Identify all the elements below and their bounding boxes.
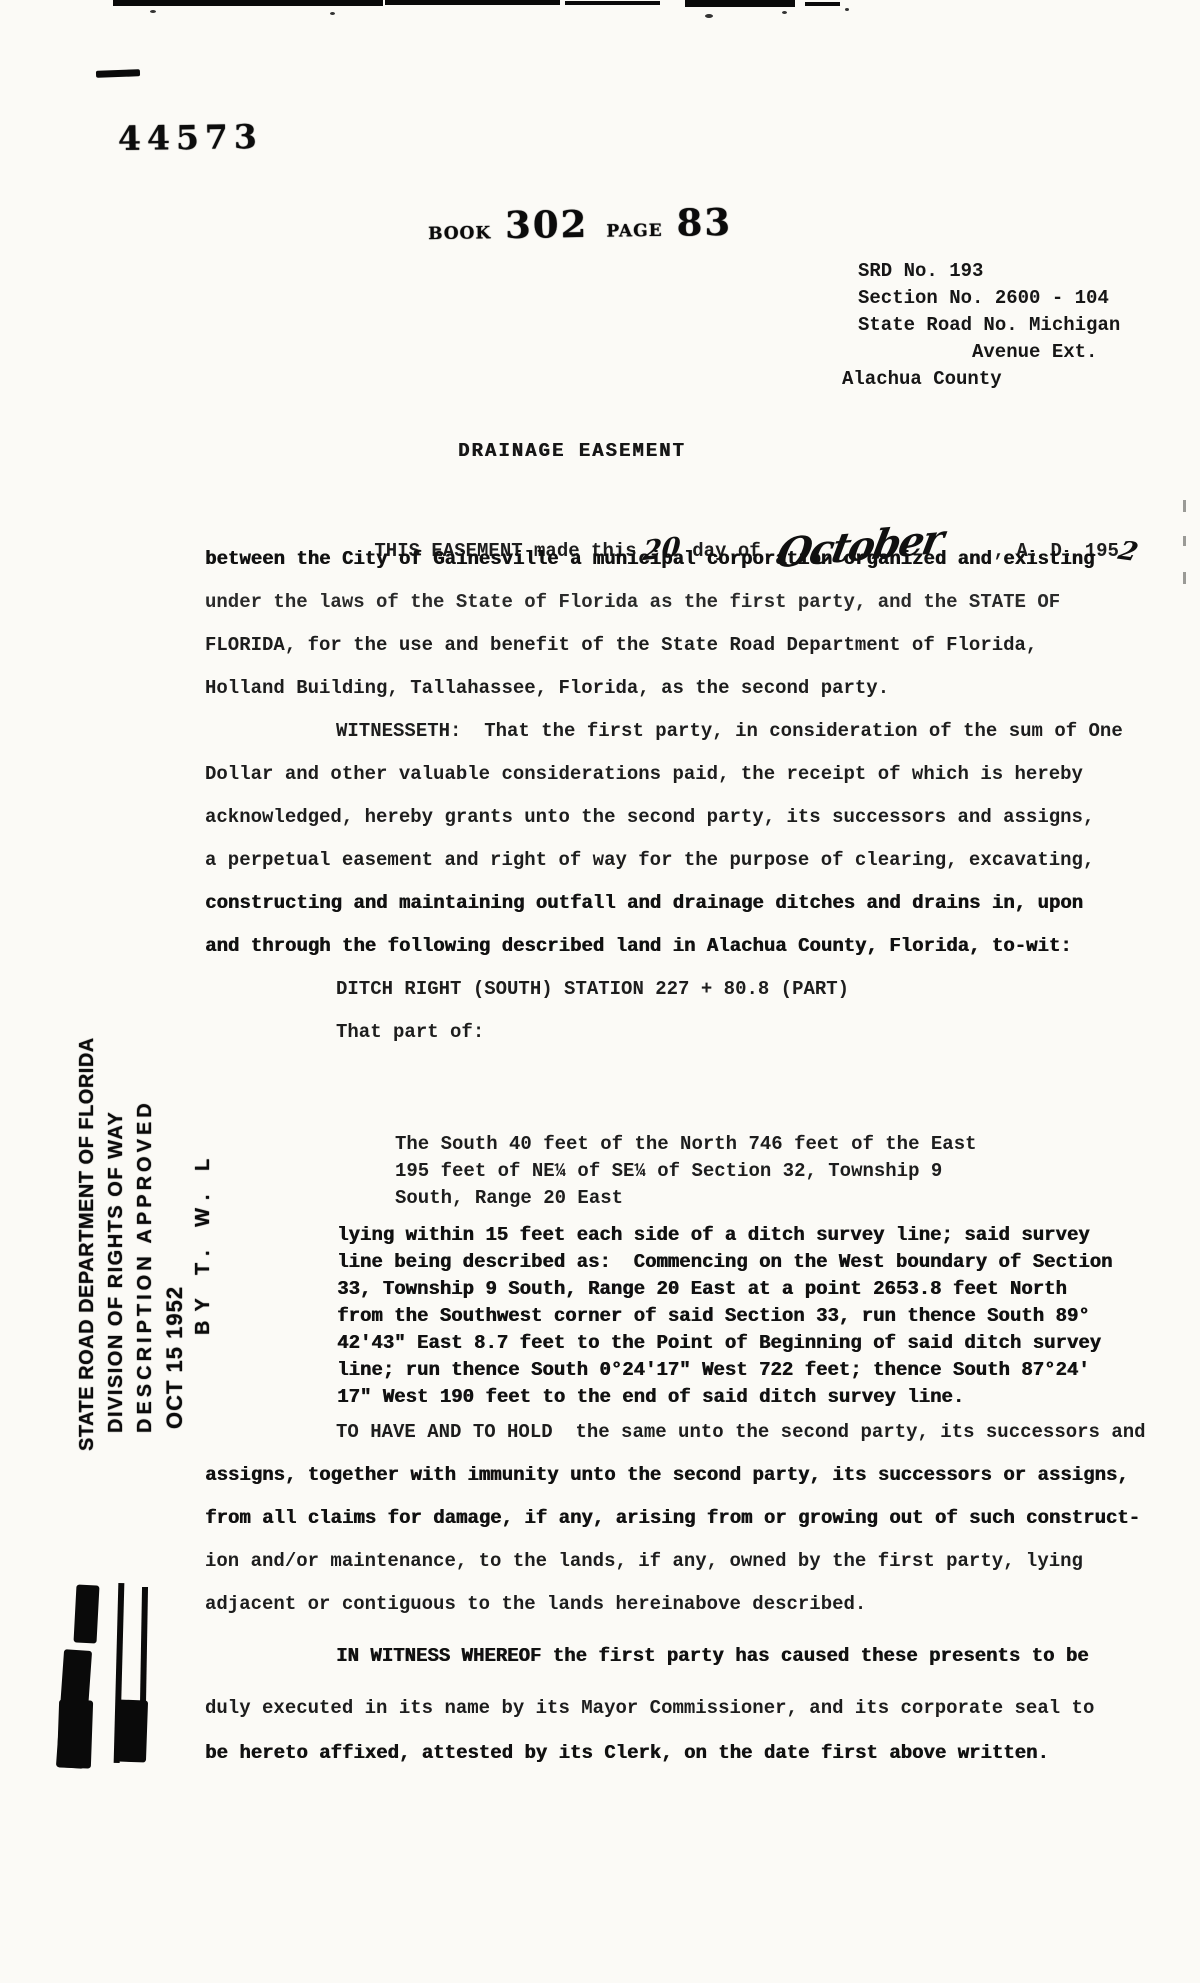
scan-edge-tick — [1183, 536, 1186, 546]
description-line: from the Southwest corner of said Sectio… — [337, 1305, 1090, 1327]
scan-artifact-top-bar — [805, 2, 840, 6]
page-label: PAGE — [606, 221, 662, 242]
scan-artifact-top-bar — [685, 0, 795, 7]
description-line: 42'43" East 8.7 feet to the Point of Beg… — [337, 1332, 1101, 1354]
scan-edge-tick — [1183, 572, 1186, 584]
stamp-initials: BY T. W. L — [189, 1055, 218, 1335]
scan-speck — [782, 11, 787, 14]
section-number: Section No. 2600 - 104 — [858, 285, 1120, 312]
scan-artifact-ink-line — [140, 1587, 148, 1705]
scan-artifact-dash — [96, 69, 140, 78]
body-line: WITNESSETH: That the first party, in con… — [336, 720, 1123, 742]
book-page-stamp: BOOK 302 PAGE 83 — [428, 200, 733, 248]
state-road-number: State Road No. Michigan — [858, 312, 1120, 339]
document-title: DRAINAGE EASEMENT — [458, 440, 686, 462]
stamp-date: OCT 15 1952 — [160, 1055, 189, 1429]
closing-line: ion and/or maintenance, to the lands, if… — [205, 1550, 1083, 1572]
reference-block: SRD No. 193 Section No. 2600 - 104 State… — [858, 258, 1120, 393]
file-number-stamp: 44573 — [118, 117, 263, 158]
description-line: South, Range 20 East — [395, 1187, 623, 1209]
body-line: That part of: — [336, 1021, 484, 1043]
body-line: acknowledged, hereby grants unto the sec… — [205, 806, 1094, 828]
book-label: BOOK — [428, 223, 491, 244]
description-line: lying within 15 feet each side of a ditc… — [337, 1224, 1090, 1246]
body-line: DITCH RIGHT (SOUTH) STATION 227 + 80.8 (… — [336, 978, 849, 1000]
body-line: between the City of Gainesville a munici… — [205, 548, 1094, 570]
closing-line: assigns, together with immunity unto the… — [205, 1464, 1129, 1486]
margin-approval-stamp: STATE ROAD DEPARTMENT OF FLORIDA DIVISIO… — [73, 1055, 223, 1455]
stamp-department-line: STATE ROAD DEPARTMENT OF FLORIDA — [73, 1055, 102, 1451]
county-name: Alachua County — [842, 366, 1120, 393]
body-line: under the laws of the State of Florida a… — [205, 591, 1060, 613]
body-line: a perpetual easement and right of way fo… — [205, 849, 1094, 871]
body-line: and through the following described land… — [205, 935, 1072, 957]
closing-line: TO HAVE AND TO HOLD the same unto the se… — [336, 1421, 1146, 1443]
closing-line: be hereto affixed, attested by its Clerk… — [205, 1742, 1049, 1764]
scan-speck — [845, 8, 849, 11]
description-line: line being described as: Commencing on t… — [337, 1251, 1112, 1273]
stamp-division-line: DIVISION OF RIGHTS OF WAY — [102, 1055, 131, 1433]
page-number: 83 — [676, 200, 732, 245]
scan-artifact-top-bar — [565, 1, 660, 5]
body-line: constructing and maintaining outfall and… — [205, 892, 1083, 914]
closing-line: adjacent or contiguous to the lands here… — [205, 1593, 866, 1615]
body-line: Holland Building, Tallahassee, Florida, … — [205, 677, 889, 699]
scan-speck — [330, 12, 335, 15]
stamp-approved-line: DESCRIPTION APPROVED — [131, 1055, 160, 1433]
closing-line: IN WITNESS WHEREOF the first party has c… — [336, 1645, 1089, 1667]
scan-artifact-top-bar — [385, 0, 560, 5]
closing-line: from all claims for damage, if any, aris… — [205, 1507, 1140, 1529]
book-number: 302 — [505, 202, 589, 247]
description-line: 195 feet of NE¼ of SE¼ of Section 32, To… — [395, 1160, 942, 1182]
scan-artifact-top-bar — [113, 0, 383, 6]
scan-artifact-ink-blob — [116, 1699, 148, 1762]
state-road-number-cont: Avenue Ext. — [972, 339, 1120, 366]
srd-number: SRD No. 193 — [858, 258, 1120, 285]
body-line: Dollar and other valuable considerations… — [205, 763, 1083, 785]
description-line: The South 40 feet of the North 746 feet … — [395, 1133, 977, 1155]
scan-edge-tick — [1183, 500, 1186, 512]
scanned-document-page: 44573 BOOK 302 PAGE 83 SRD No. 193 Secti… — [0, 0, 1200, 1983]
scan-speck — [705, 14, 713, 18]
scan-artifact-ink-bar — [57, 1699, 93, 1768]
opening-line: THIS EASEMENT made this20day ofOctober, … — [336, 505, 1137, 588]
body-line: FLORIDA, for the use and benefit of the … — [205, 634, 1037, 656]
closing-line: duly executed in its name by its Mayor C… — [205, 1697, 1094, 1719]
scan-artifact-ink-bar — [73, 1584, 99, 1643]
description-line: 17" West 190 feet to the end of said dit… — [337, 1386, 964, 1408]
description-line: 33, Township 9 South, Range 20 East at a… — [337, 1278, 1067, 1300]
scan-speck — [150, 10, 156, 13]
description-line: line; run thence South 0°24'17" West 722… — [337, 1359, 1090, 1381]
